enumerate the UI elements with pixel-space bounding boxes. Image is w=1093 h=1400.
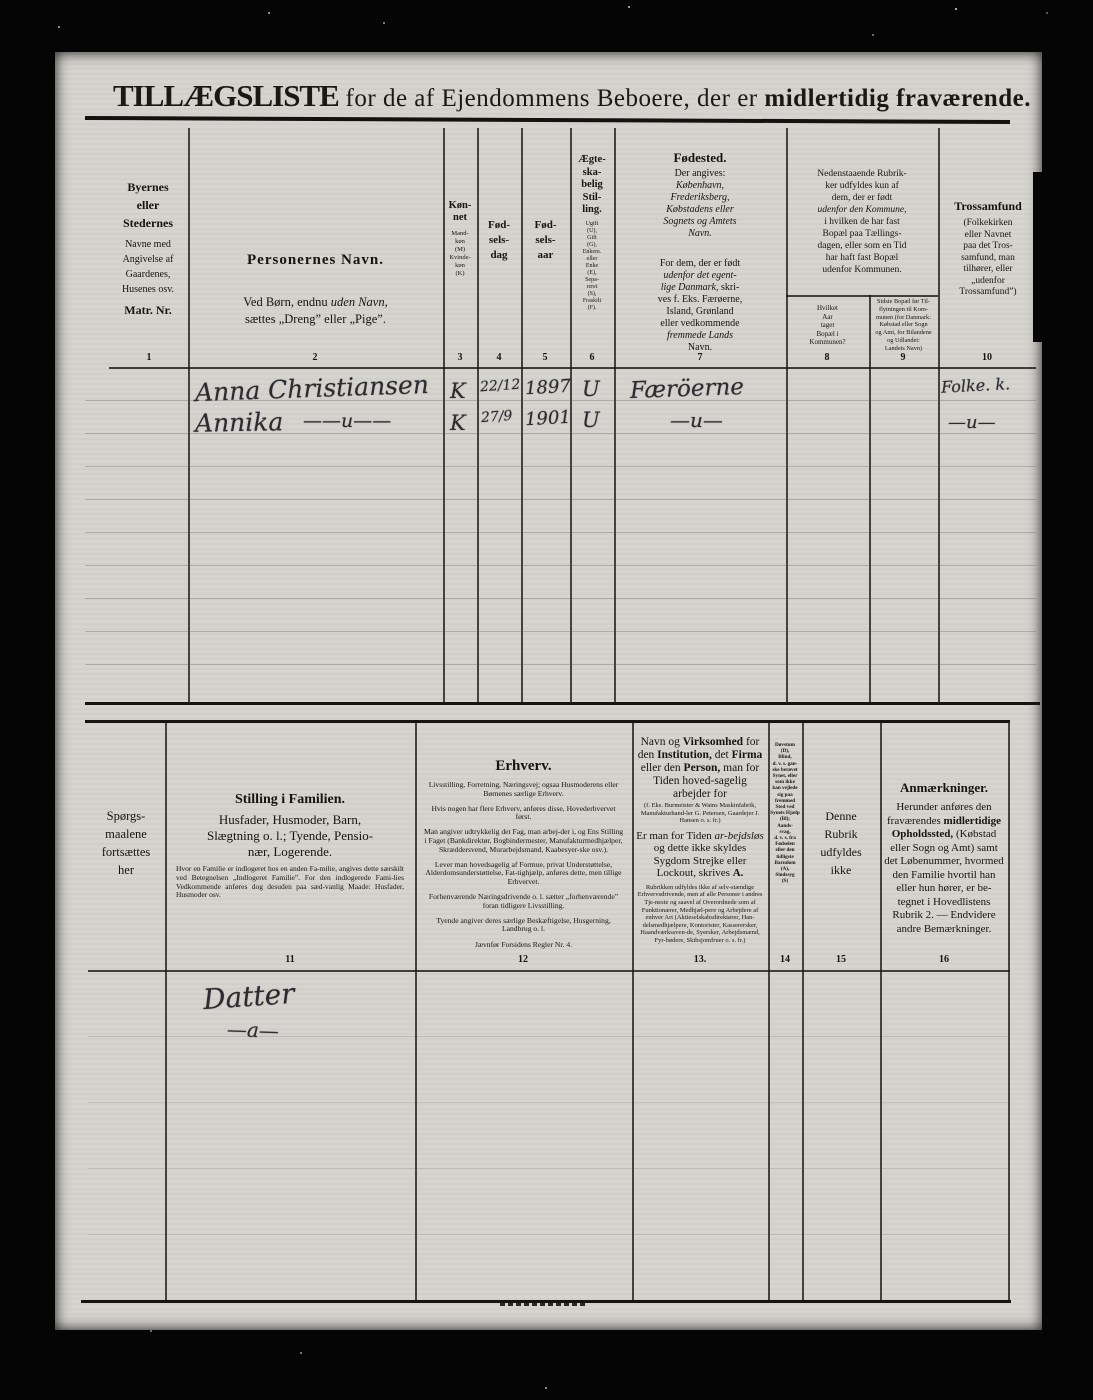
t2-colnum-16: 16 (939, 954, 949, 965)
t1-colnum-9: 9 (901, 352, 906, 363)
t2-vline (415, 722, 417, 1300)
col7-places: København, Frederiksberg, Købstadens ell… (616, 180, 784, 240)
t1-col10-header: Trossamfund (Folkekirken eller Navnet pa… (940, 199, 1036, 299)
col7-text-italic: fremmede Lands (667, 330, 733, 341)
t1-col6-header: Ægte- ska- belig Stil- ling. Ugift (U), … (570, 154, 614, 312)
t1-row-rule (85, 664, 1036, 665)
t2-vline (632, 722, 634, 1300)
scanned-census-page: TILLÆGSLISTE for de af Ejendommens Beboe… (0, 0, 1093, 1400)
col13-text: Er man for Tiden (636, 830, 714, 842)
title-main: TILLÆGSLISTE (113, 78, 339, 113)
t2-header-rule (88, 970, 1010, 972)
t2-colnum-12: 12 (518, 954, 528, 965)
col16-text: (Købstad eller Sogn og Amt) samt det Løb… (884, 828, 1004, 935)
col1-line: Stedernes (123, 216, 173, 230)
t2-vline (1008, 722, 1010, 1300)
t1-col5-header: Fød- sels- aar (521, 218, 570, 263)
t1-row-rule (85, 598, 1036, 599)
col13-text-bold: Virksomhed (683, 736, 743, 748)
t1-col1-header: Byernes eller Stedernes Navne med Angive… (108, 178, 188, 318)
col12-paragraph: Tyende angiver deres særlige Beskæftigel… (423, 917, 624, 935)
col2-heading: Personernes Navn. (193, 252, 438, 269)
t2-top-rule (85, 720, 1010, 723)
col11-heading: Stilling i Familien. (170, 792, 410, 808)
col13-text: Navn og (641, 736, 683, 748)
entry-row2-family-position-ditto: —a— (227, 1017, 280, 1043)
col3-heading: Køn- net (443, 200, 477, 224)
t2-vline (880, 722, 882, 1300)
t2-col12-header: Erhverv. Livsstilling, Forretning, Nærin… (423, 758, 624, 950)
t1-colnum-4: 4 (497, 352, 502, 363)
entry-row1-name: Anna Christiansen (195, 370, 430, 407)
col12-paragraph: Forhenværende Næringsdrivende o. l. sætt… (423, 893, 624, 911)
form-paper: TILLÆGSLISTE for de af Ejendommens Beboe… (55, 52, 1042, 1330)
col7-text: For dem, der er født (660, 258, 740, 269)
col6-subtext: Ugift (U), Gift (G), Enkem. eller Enke (… (570, 221, 614, 312)
col89-text-italic: udenfor den Kommune, (818, 205, 907, 215)
t1-col3-header: Køn- net Mand- køn (M) Kvinde- køn (K) (443, 200, 477, 278)
col2-text: sættes „Dreng” eller „Pige”. (245, 312, 386, 326)
col7-text: Der angives: (616, 168, 784, 180)
t1-row-rule (85, 631, 1036, 632)
t1-colnum-2: 2 (313, 352, 318, 363)
entry-row1-birthyear: 1897 (524, 376, 571, 399)
col13-text: det (712, 749, 732, 761)
col89-text: Nedenstaaende Rubrik- ker udfyldes kun a… (817, 169, 906, 203)
t1-row-rule (85, 499, 1036, 500)
title-end: midlertidig fraværende. (764, 85, 1031, 112)
col1-line: eller (137, 198, 160, 212)
t1-subheader-divider (786, 295, 938, 297)
col13-text-bold: A. (733, 867, 744, 879)
printer-imprint (500, 1303, 586, 1306)
t1-col9-subheader: Sidste Bopæl før Til- flytningen til Kom… (870, 298, 937, 353)
t2-colnum-13: 13. (694, 954, 707, 965)
t1-colnum-8: 8 (825, 352, 830, 363)
t1-colnum-1: 1 (147, 352, 152, 363)
t1-col8-subheader: Hvilket Aar taget Bopæl i Kommunen? (788, 304, 867, 347)
t2-col11-header: Stilling i Familien. Husfader, Husmoder,… (170, 792, 410, 900)
entry-row1-marital: U (582, 377, 600, 401)
t1-col89-header: Nedenstaaende Rubrik- ker udfyldes kun a… (788, 156, 936, 276)
t2-col14-header: Døvstum (D), Blind, d. v. s. gan- ske be… (769, 742, 801, 885)
t1-header-rule (109, 367, 1036, 369)
col7-heading: Fødested. (616, 150, 784, 166)
col10-subtext: (Folkekirken eller Navnet paa det Tros- … (940, 218, 1036, 299)
t2-col15-header: Denne Rubrik udfyldes ikke (802, 807, 880, 879)
entry-row1-birthplace: Færöerne (630, 374, 745, 404)
t1-vline (521, 128, 523, 702)
entry-row1-sex: K (450, 379, 466, 403)
col13-text: eller den (641, 762, 684, 774)
col13-text-bold: Institution, (657, 749, 712, 761)
col12-paragraph: Jævnfør Forsidens Regler Nr. 4. (423, 941, 624, 950)
col12-paragraph: Livsstilling, Forretning, Næringsvej; og… (423, 781, 624, 799)
t1-colnum-3: 3 (458, 352, 463, 363)
col13-fineprint: Rubrikken udfyldes ikke af selv-stændige… (636, 884, 764, 945)
col2-text: Ved Børn, endnu (243, 295, 331, 309)
col12-paragraph: Lever man hovedsagelig af Formue, privat… (423, 861, 624, 887)
t1-row-rule (85, 565, 1036, 566)
col6-heading: Ægte- ska- belig Stil- ling. (570, 154, 614, 217)
entry-row2-birthday: 27/9 (480, 408, 512, 426)
t2-row-rule (88, 1234, 1008, 1235)
t1-vline (188, 128, 190, 702)
t2-col13-header: Navn og Virksomhed for den Institution, … (636, 736, 764, 945)
t2-row-rule (88, 1102, 1008, 1103)
entry-row2-birthyear: 1901 (524, 407, 571, 430)
t1-col4-header: Fød- sels- dag (477, 218, 521, 263)
col10-heading: Trossamfund (940, 199, 1036, 214)
col11-fineprint: Hvor en Familie er indlogeret hos en and… (170, 865, 410, 900)
entry-row2-religion-ditto: —u— (948, 412, 996, 433)
t1-row-rule (85, 466, 1036, 467)
t2-colnum-15: 15 (836, 954, 846, 965)
col3-subtext: Mand- køn (M) Kvinde- køn (K) (443, 230, 477, 278)
col1-matr: Matr. Nr. (108, 303, 188, 318)
col1-line: Byernes (127, 180, 168, 194)
t1-colnum-5: 5 (543, 352, 548, 363)
t1-colnum-6: 6 (590, 352, 595, 363)
t1-row-rule (85, 532, 1036, 533)
page-title: TILLÆGSLISTE for de af Ejendommens Beboe… (113, 78, 1023, 114)
entry-row2-name-ditto: ——u—— (303, 410, 391, 432)
t2-colnum-11: 11 (285, 954, 294, 965)
t1-bottom-rule (85, 702, 1040, 705)
col12-heading: Erhverv. (423, 758, 624, 775)
col13-fineprint: (f. Eks. Burmeister & Wains Maskinfabrik… (636, 802, 764, 825)
entry-row2-sex: K (450, 411, 466, 435)
entry-row1-religion: Folke. k. (941, 374, 1011, 397)
t1-colnum-7: 7 (698, 352, 703, 363)
entry-row2-marital: U (582, 408, 600, 432)
t1-col2-header: Personernes Navn. Ved Børn, endnu uden N… (193, 252, 438, 328)
col12-paragraph: Man angiver udtrykkelig det Fag, man arb… (423, 828, 624, 854)
col12-paragraph: Hvis nogen har flere Erhverv, anføres di… (423, 805, 624, 823)
title-mid: for de af Ejendommens Beboere, der er (339, 85, 765, 112)
entry-row1-family-position: Datter (202, 977, 296, 1016)
t2-continuation-label: Spørgs- maalene fortsættes her (88, 807, 164, 879)
col16-heading: Anmærkninger. (884, 780, 1004, 796)
col13-text-italic: ar-bejdsløs (714, 830, 763, 842)
title-rule (85, 116, 1010, 124)
col13-text-bold: Firma (732, 749, 763, 761)
t1-colnum-10: 10 (982, 352, 992, 363)
t2-row-rule (88, 1168, 1008, 1169)
t2-vline (165, 722, 167, 1300)
t2-colnum-14: 14 (780, 954, 790, 965)
col2-text-italic: uden Navn, (331, 295, 388, 309)
col13-text-bold: Person, (684, 762, 721, 774)
entry-row2-birthplace-ditto: —u— (670, 408, 723, 432)
t1-vline (477, 128, 479, 702)
t1-col7-header: Fødested. Der angives: København, Freder… (616, 150, 784, 354)
entry-row2-name: Annika (195, 407, 284, 438)
scan-artifacts (268, 12, 270, 14)
col11-body: Husfader, Husmoder, Barn, Slægtning o. l… (170, 812, 410, 860)
t2-col16-header: Anmærkninger. Herunder anføres den fravæ… (884, 780, 1004, 936)
entry-row1-birthday: 22/12 (479, 377, 520, 396)
col1-subtext: Navne med Angivelse af Gaardenes, Husene… (108, 237, 188, 297)
col89-text: i hvilken de har fast Bopæl paa Tællings… (818, 217, 907, 275)
